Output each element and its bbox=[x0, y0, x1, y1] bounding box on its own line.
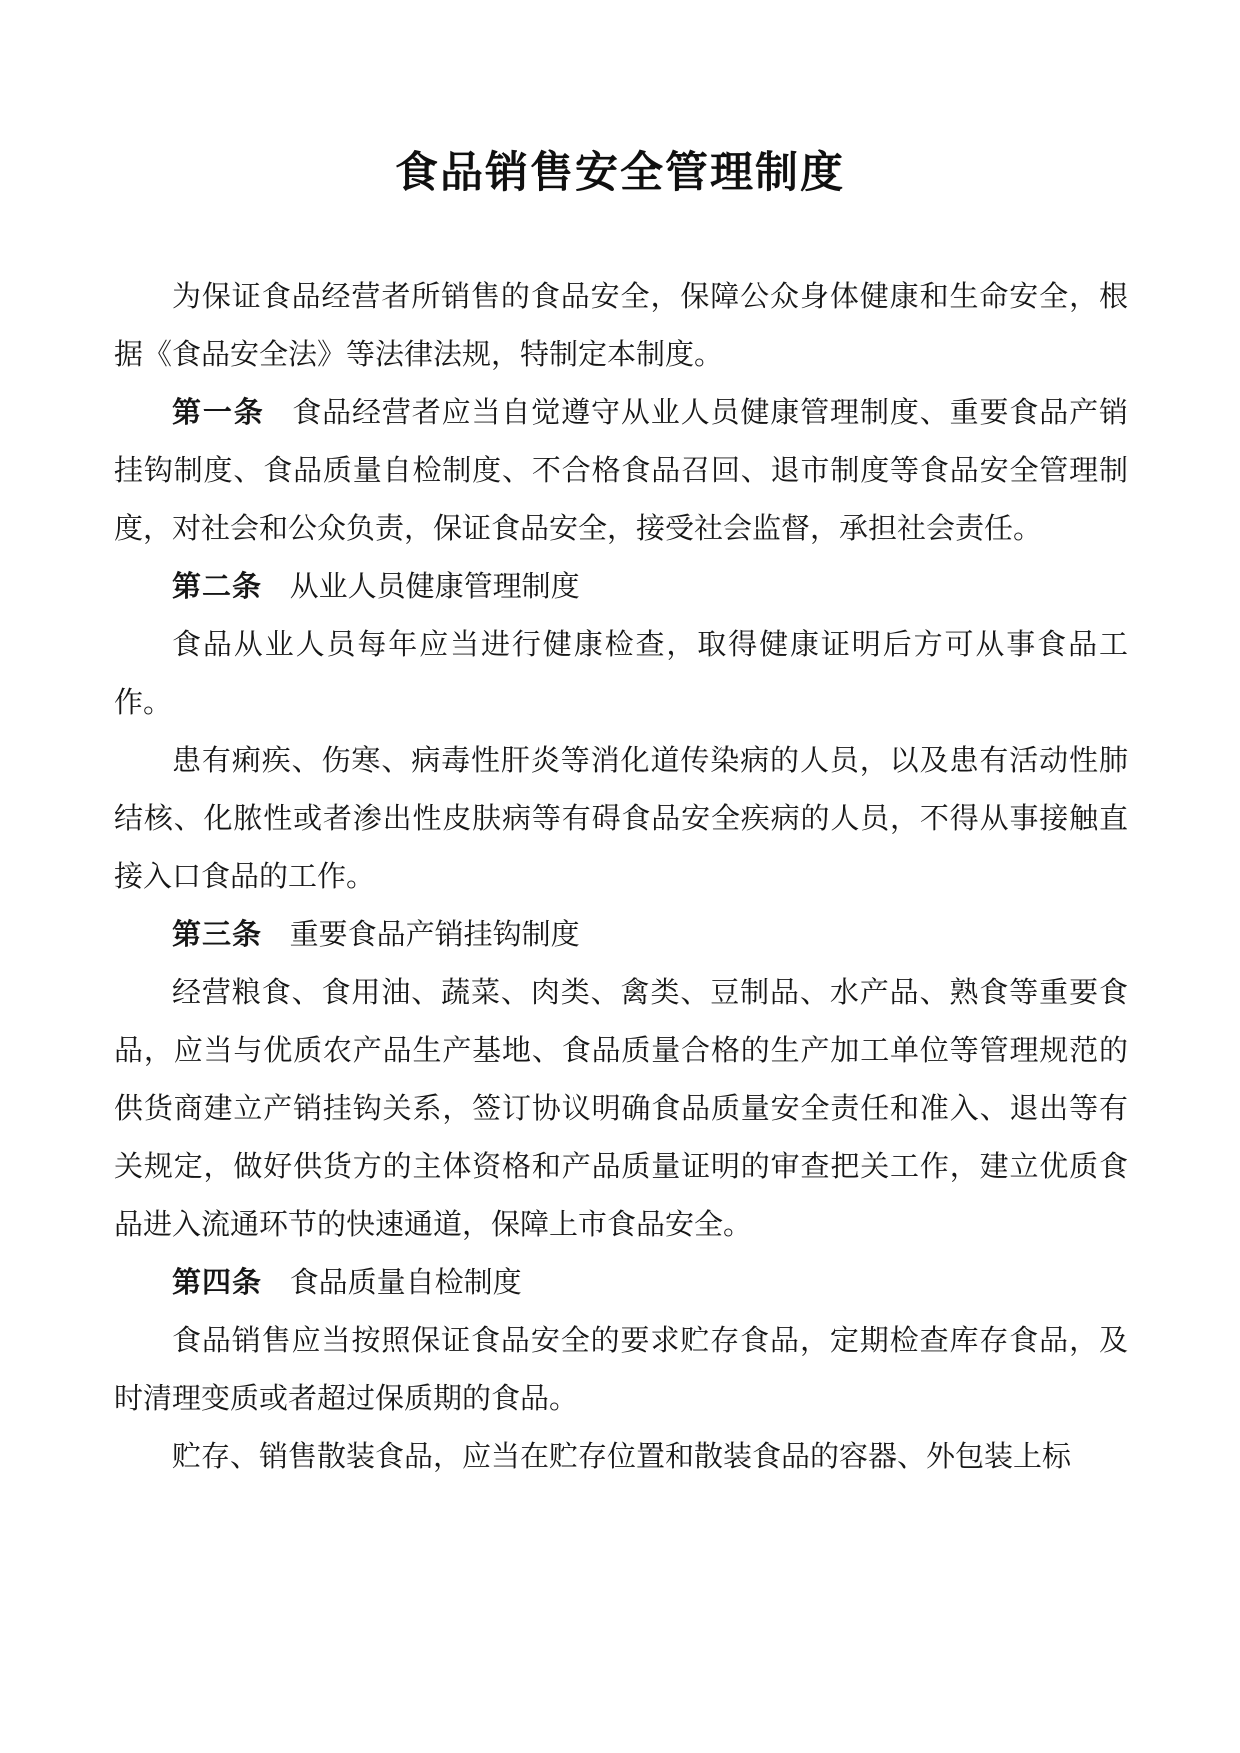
paragraph-text: 从业人员健康管理制度 bbox=[290, 571, 580, 603]
article-paragraph: 第四条食品质量自检制度 bbox=[114, 1254, 1128, 1312]
body-paragraph: 食品从业人员每年应当进行健康检查，取得健康证明后方可从事食品工作。 bbox=[114, 616, 1128, 732]
paragraph-text: 患有痢疾、伤寒、病毒性肝炎等消化道传染病的人员，以及患有活动性肺结核、化脓性或者… bbox=[114, 745, 1128, 893]
paragraph-text: 食品经营者应当自觉遵守从业人员健康管理制度、重要食品产销挂钩制度、食品质量自检制… bbox=[114, 397, 1128, 545]
paragraph-text: 经营粮食、食用油、蔬菜、肉类、禽类、豆制品、水产品、熟食等重要食品，应当与优质农… bbox=[114, 977, 1128, 1241]
body-paragraph: 贮存、销售散装食品，应当在贮存位置和散装食品的容器、外包装上标 bbox=[114, 1428, 1128, 1486]
body-paragraph: 患有痢疾、伤寒、病毒性肝炎等消化道传染病的人员，以及患有活动性肺结核、化脓性或者… bbox=[114, 732, 1128, 906]
body-paragraph: 食品销售应当按照保证食品安全的要求贮存食品，定期检查库存食品，及时清理变质或者超… bbox=[114, 1312, 1128, 1428]
document-page: 食品销售安全管理制度 为保证食品经营者所销售的食品安全，保障公众身体健康和生命安… bbox=[0, 0, 1240, 1753]
document-title: 食品销售安全管理制度 bbox=[112, 146, 1128, 202]
paragraph-text: 食品销售应当按照保证食品安全的要求贮存食品，定期检查库存食品，及时清理变质或者超… bbox=[114, 1325, 1128, 1415]
article-number-label: 第一条 bbox=[172, 397, 265, 429]
article-number-label: 第三条 bbox=[172, 919, 262, 951]
paragraph-text: 为保证食品经营者所销售的食品安全，保障公众身体健康和生命安全，根据《食品安全法》… bbox=[114, 281, 1128, 371]
article-paragraph: 第二条从业人员健康管理制度 bbox=[114, 558, 1128, 616]
article-paragraph: 第一条食品经营者应当自觉遵守从业人员健康管理制度、重要食品产销挂钩制度、食品质量… bbox=[114, 384, 1128, 558]
body-paragraph: 为保证食品经营者所销售的食品安全，保障公众身体健康和生命安全，根据《食品安全法》… bbox=[114, 268, 1128, 384]
paragraph-text: 食品质量自检制度 bbox=[290, 1267, 522, 1299]
body-paragraph: 经营粮食、食用油、蔬菜、肉类、禽类、豆制品、水产品、熟食等重要食品，应当与优质农… bbox=[114, 964, 1128, 1254]
article-paragraph: 第三条重要食品产销挂钩制度 bbox=[114, 906, 1128, 964]
document-body: 为保证食品经营者所销售的食品安全，保障公众身体健康和生命安全，根据《食品安全法》… bbox=[114, 268, 1128, 1486]
paragraph-text: 贮存、销售散装食品，应当在贮存位置和散装食品的容器、外包装上标 bbox=[172, 1441, 1071, 1473]
article-number-label: 第二条 bbox=[172, 571, 262, 603]
paragraph-text: 重要食品产销挂钩制度 bbox=[290, 919, 580, 951]
article-number-label: 第四条 bbox=[172, 1267, 262, 1299]
paragraph-text: 食品从业人员每年应当进行健康检查，取得健康证明后方可从事食品工作。 bbox=[114, 629, 1128, 719]
